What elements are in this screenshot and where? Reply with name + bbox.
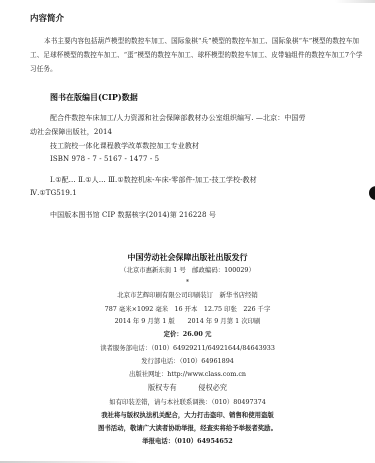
scan-edge-shade [335,0,375,3]
publisher-title: 中国劳动社会保障出版社出版发行 [0,252,375,263]
cip-line: 配合件数控车床加工/人力资源和社会保障部教材办公室组织编写. —北京：中国劳 [50,113,306,123]
anti-piracy-line-1: 我社将与版权执法机关配合，大力打击盗印、销售和使用盗版 [0,410,375,419]
book-specs: 787 毫米×1092 毫米 16 开本 12.75 印张 226 千字 [0,304,375,313]
publisher-address: （北京市惠新东街 1 号 邮政编码：100029） [0,265,375,274]
intro-heading: 内容简介 [30,12,64,24]
cip-isbn: ISBN 978 - 7 - 5167 - 1477 - 5 [50,155,159,163]
reader-service-phone: 读者服务部电话：（010）64929211/64921644/84643933 [0,343,375,352]
anti-piracy-line-2: 图书活动，敬请广大读者协助举报，经查实将给予举报者奖励。 [0,423,375,432]
separator-star: * [0,278,375,286]
cip-classification: Ⅰ.①配… Ⅱ.①人… Ⅲ.①数控机床-车床-零部件-加工-技工学校-教材 [50,175,257,185]
cip-classification-tg: Ⅳ.①TG519.1 [30,189,77,197]
printer-info: 北京市艺辉印刷有限公司印刷装订 新华书店经销 [0,290,375,299]
intro-paragraph: 本书主要内容包括葫芦模型的数控车加工、国际象棋“兵”模型的数控车加工、国际象棋“… [30,34,365,76]
exchange-notice: 如有印装差错，请与本社联系调换：（010）80497374 [0,397,375,406]
publisher-website: 出版社网址：http://www.class.com.cn [0,369,375,378]
price: 定价：26.00 元 [0,329,375,338]
cip-line: 技工院校一体化课程教学改革数控加工专业教材 [50,141,199,151]
cip-library-note: 中国版本图书馆 CIP 数据核字(2014)第 216228 号 [50,210,216,220]
scan-artifact [369,186,375,200]
cip-heading: 图书在版编目(CIP)数据 [50,92,138,103]
cip-line: 动社会保障出版社，2014 [30,127,112,137]
report-phone: 举报电话：（010）64954652 [0,436,375,445]
edition-info: 2014 年 9 月第 1 版 2014 年 9 月第 1 次印刷 [0,316,375,325]
copyright-page: 内容简介 本书主要内容包括葫芦模型的数控车加工、国际象棋“兵”模型的数控车加工、… [0,0,375,463]
distribution-phone: 发行部电话：（010）64961894 [0,356,375,365]
copyright-notice: 版权专有 侵权必究 [0,383,375,393]
